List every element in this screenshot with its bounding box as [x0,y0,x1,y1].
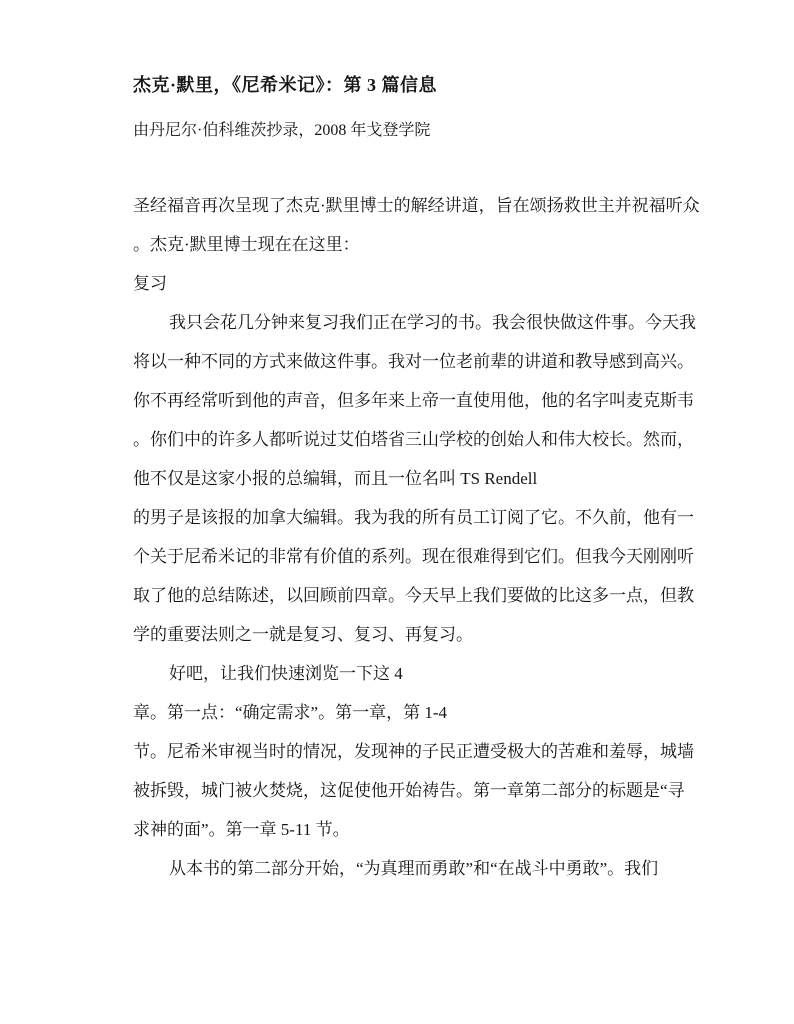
transcription-credit: 由丹尼尔·伯科维茨抄录，2008 年戈登学院 [133,120,723,142]
text-line: 学的重要法则之一就是复习、复习、再复习。 [133,615,723,654]
section-heading: 复习 [133,264,723,303]
text-line: 他不仅是这家小报的总编辑，而且一位名叫 TS Rendell [133,459,723,498]
document-body: 圣经福音再次呈现了杰克·默里博士的解经讲道，旨在颂扬救世主并祝福听众 。杰克·默… [133,186,723,888]
text-line: 好吧，让我们快速浏览一下这 4 [133,654,723,693]
text-line: 从本书的第二部分开始，“为真理而勇敢”和“在战斗中勇敢”。我们 [133,849,723,888]
text-line: 被拆毁，城门被火焚烧，这促使他开始祷告。第一章第二部分的标题是“寻 [133,771,723,810]
text-line: 节。尼希米审视当时的情况，发现神的子民正遭受极大的苦难和羞辱，城墙 [133,732,723,771]
text-line: 我只会花几分钟来复习我们正在学习的书。我会很快做这件事。今天我 [133,303,723,342]
text-line: 。杰克·默里博士现在在这里： [133,225,723,264]
text-line: 取了他的总结陈述，以回顾前四章。今天早上我们要做的比这多一点，但教 [133,576,723,615]
text-line: 圣经福音再次呈现了杰克·默里博士的解经讲道，旨在颂扬救世主并祝福听众 [133,186,723,225]
document-content: 杰克·默里，《尼希米记》：第 3 篇信息 由丹尼尔·伯科维茨抄录，2008 年戈… [133,0,723,888]
text-line: 你不再经常听到他的声音，但多年来上帝一直使用他，他的名字叫麦克斯韦 [133,381,723,420]
text-line: 的男子是该报的加拿大编辑。我为我的所有员工订阅了它。不久前，他有一 [133,498,723,537]
document-title: 杰克·默里，《尼希米记》：第 3 篇信息 [133,74,723,96]
text-line: 求神的面”。第一章 5-11 节。 [133,810,723,849]
text-line: 章。第一点：“确定需求”。第一章，第 1-4 [133,693,723,732]
text-line: 个关于尼希米记的非常有价值的系列。现在很难得到它们。但我今天刚刚听 [133,537,723,576]
document-page: 杰克·默里，《尼希米记》：第 3 篇信息 由丹尼尔·伯科维茨抄录，2008 年戈… [0,0,794,1024]
text-line: 将以一种不同的方式来做这件事。我对一位老前辈的讲道和教导感到高兴。 [133,342,723,381]
text-line: 。你们中的许多人都听说过艾伯塔省三山学校的创始人和伟大校长。然而， [133,420,723,459]
